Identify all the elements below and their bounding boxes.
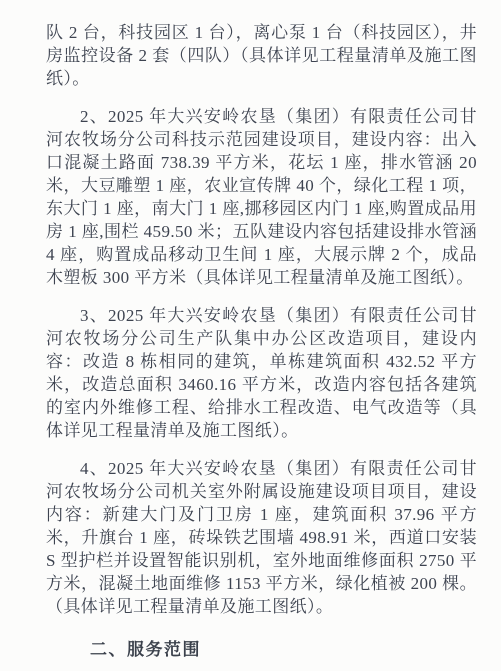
- paragraph-project-4: 4、2025 年大兴安岭农垦（集团）有限责任公司甘河农牧场分公司机关室外附属设施…: [46, 457, 477, 618]
- scanned-document-page: 队 2 台，科技园区 1 台），离心泵 1 台（科技园区），井房监控设备 2 套…: [0, 0, 501, 671]
- paragraph-project-2: 2、2025 年大兴安岭农垦（集团）有限责任公司甘河农牧场分公司科技示范园建设项…: [46, 105, 477, 289]
- paragraph-project-3: 3、2025 年大兴安岭农垦（集团）有限责任公司甘河农牧场分公司生产队集中办公区…: [46, 304, 477, 442]
- paragraph-continuation-item1: 队 2 台，科技园区 1 台），离心泵 1 台（科技园区），井房监控设备 2 套…: [46, 21, 477, 90]
- document-body: 队 2 台，科技园区 1 台），离心泵 1 台（科技园区），井房监控设备 2 套…: [0, 0, 501, 661]
- section-heading-service-scope: 二、服务范围: [46, 638, 477, 661]
